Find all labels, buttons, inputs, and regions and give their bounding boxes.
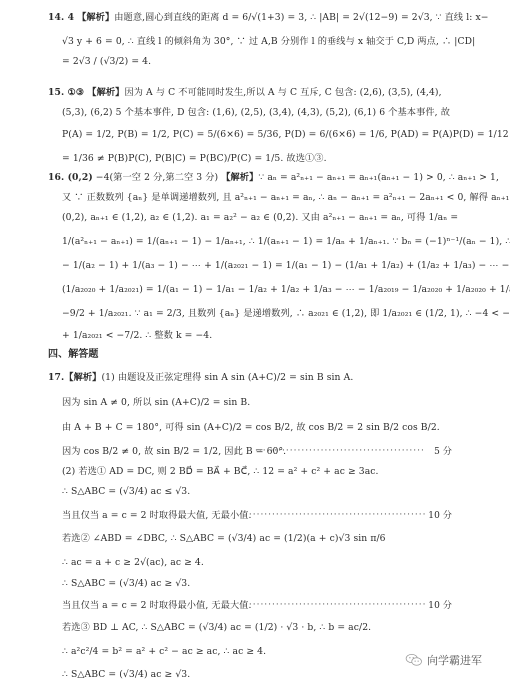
problem-17-line-9: ∴ ac = a + c ≥ 2√(ac), ac ≥ 4. — [62, 557, 204, 569]
score-10: 10 分 — [428, 510, 452, 522]
problem-17-line-11: 当且仅当 a = c = 2 时取得最小值, 无最大值. — [62, 600, 252, 612]
problem-17-line-5: (2) 若选① AD = DC, 则 2 BD⃗ = BA⃗ + BC⃗, ∴ … — [62, 466, 379, 478]
problem-17-line-2: 因为 sin A ≠ 0, 所以 sin (A+C)/2 = sin B. — [62, 397, 250, 409]
score-10: 10 分 — [428, 600, 452, 612]
problem-16-line-7: −9/2 + 1/a₂₀₂₁. ∵ a₁ = 2/3, 且数列 {aₙ} 是递增… — [62, 308, 510, 320]
problem-17-line-12: 若选③ BD ⊥ AC, ∴ S△ABC = (√3/4) ac = (1/2)… — [62, 622, 371, 634]
score-5: 5 分 — [434, 446, 452, 458]
problem-16-line-3: (0,2), aₙ₊₁ ∈ (1,2), a₂ ∈ (1,2). a₁ = a₂… — [62, 212, 458, 224]
leader-dots: ········································… — [245, 510, 425, 520]
problem-15-line-2: (5,3), (6,2) 5 个基本事件, D 包含: (1,6), (2,5)… — [62, 107, 450, 119]
problem-15-line-3: P(A) = 1/2, P(B) = 1/2, P(C) = 5/(6×6) =… — [62, 129, 510, 141]
problem-number: 14. 4 — [48, 12, 74, 23]
problem-17-line-8: 若选② ∠ABD = ∠DBC, ∴ S△ABC = (√3/4) ac = (… — [62, 533, 386, 545]
analysis-tag: 【解析】 — [221, 172, 258, 183]
problem-15-line-1: 15. ①③ 【解析】因为 A 与 C 不可能同时发生,所以 A 与 C 互斥,… — [48, 87, 442, 99]
problem-14-line-1: 14. 4 【解析】由题意,圆心到直线的距离 d = 6/√(1+3) = 3,… — [48, 12, 489, 24]
section-title: 四、解答题 — [48, 349, 99, 361]
problem-17-line-10: ∴ S△ABC = (√3/4) ac ≥ √3. — [62, 578, 190, 590]
problem-14-line-2: √3 y + 6 = 0, ∴ 直线 l 的倾斜角为 30°, ∵ 过 A,B … — [62, 36, 475, 48]
problem-17-line-1: 17.【解析】(1) 由题设及正弦定理得 sin A sin (A+C)/2 =… — [48, 372, 353, 384]
problem-17-line-4: 因为 cos B/2 ≠ 0, 故 sin B/2 = 1/2, 因此 B = … — [62, 446, 286, 458]
wechat-icon — [405, 653, 423, 667]
analysis-tag: 【解析】 — [77, 12, 114, 23]
text: ∵ aₙ = a²ₙ₊₁ − aₙ₊₁ = aₙ₊₁(aₙ₊₁ − 1) > 0… — [258, 172, 499, 183]
problem-16-line-1: 16. (0,2) −4(第一空 2 分,第二空 3 分) 【解析】∵ aₙ =… — [48, 172, 499, 184]
document-page: 14. 4 【解析】由题意,圆心到直线的距离 d = 6/√(1+3) = 3,… — [0, 0, 510, 684]
analysis-tag: 【解析】 — [64, 372, 101, 383]
problem-17-line-14: ∴ S△ABC = (√3/4) ac ≥ √3. — [62, 669, 190, 681]
text: (1) 由题设及正弦定理得 sin A sin (A+C)/2 = sin B … — [101, 372, 353, 383]
answer-2: −4(第一空 2 分,第二空 3 分) — [96, 172, 218, 183]
problem-number: 16. (0,2) — [48, 172, 93, 183]
problem-16-line-6: (1/a₂₀₂₀ + 1/a₂₀₂₁) = 1/(a₁ − 1) − 1/a₁ … — [62, 284, 510, 296]
problem-15-line-4: = 1/36 ≠ P(B)P(C), P(B|C) = P(BC)/P(C) =… — [62, 153, 327, 165]
problem-16-line-4: 1/(a²ₙ₊₁ − aₙ₊₁) = 1/(aₙ₊₁ − 1) − 1/aₙ₊₁… — [62, 236, 510, 248]
problem-number: 15. ①③ — [48, 87, 84, 98]
watermark: 向学霸进军 — [405, 652, 482, 668]
analysis-tag: 【解析】 — [87, 87, 124, 98]
watermark-text: 向学霸进军 — [427, 652, 482, 668]
problem-number: 17. — [48, 372, 64, 383]
problem-17-line-13: ∴ a²c²/4 = b² = a² + c² − ac ≥ ac, ∴ ac … — [62, 646, 266, 658]
problem-17-line-7: 当且仅当 a = c = 2 时取得最大值, 无最小值. — [62, 510, 252, 522]
problem-17-line-3: 由 A + B + C = 180°, 可得 sin (A+C)/2 = cos… — [62, 422, 440, 434]
problem-16-line-8: + 1/a₂₀₂₁ < −7/2. ∴ 整数 k = −4. — [62, 330, 212, 342]
text: 由题意,圆心到直线的距离 d = 6/√(1+3) = 3, ∴ |AB| = … — [114, 12, 488, 23]
problem-16-line-5: − 1/(a₂ − 1) + 1/(a₃ − 1) − ⋯ + 1/(a₂₀₂₁… — [62, 260, 510, 272]
leader-dots: ········································… — [245, 600, 425, 610]
problem-17-line-6: ∴ S△ABC = (√3/4) ac ≤ √3. — [62, 486, 190, 498]
leader-dots: ········································… — [255, 446, 425, 456]
text: 因为 A 与 C 不可能同时发生,所以 A 与 C 互斥, C 包含: (2,6… — [124, 87, 441, 98]
problem-14-line-3: = 2√3 / (√3/2) = 4. — [62, 56, 151, 68]
problem-16-line-2: 又 ∵ 正数数列 {aₙ} 是单调递增数列, 且 a²ₙ₊₁ − aₙ₊₁ = … — [62, 192, 510, 204]
